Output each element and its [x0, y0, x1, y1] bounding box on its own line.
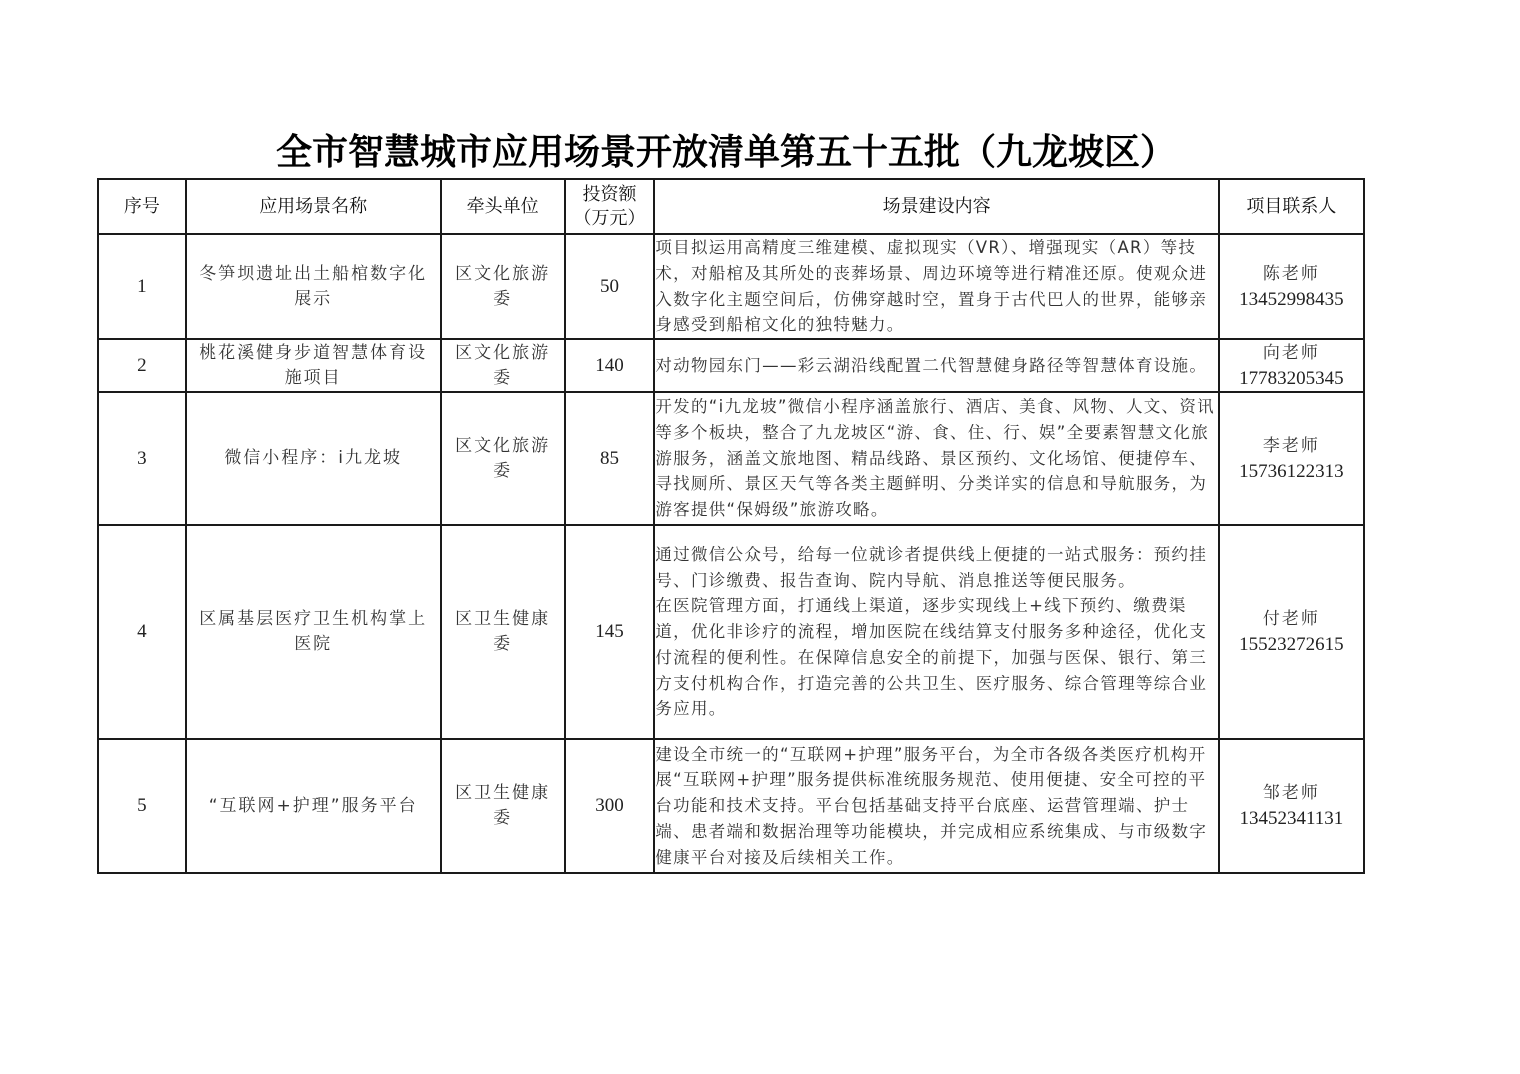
cell-name: 桃花溪健身步道智慧体育设施项目 [186, 339, 441, 392]
lead-unit: 区文化旅游委 [442, 434, 564, 484]
cell-no: 3 [98, 392, 186, 525]
cell-investment: 50 [565, 234, 655, 339]
header-name: 应用场景名称 [186, 179, 441, 234]
page-title: 全市智慧城市应用场景开放清单第五十五批（九龙坡区） [0, 128, 1452, 176]
cell-investment: 145 [565, 525, 655, 739]
table-row: 2 桃花溪健身步道智慧体育设施项目 区文化旅游委 140 对动物园东门——彩云湖… [98, 339, 1364, 392]
cell-contact: 邹老师 13452341131 [1219, 739, 1364, 873]
row-number: 5 [137, 795, 147, 816]
scenario-description: 项目拟运用高精度三维建模、虚拟现实（VR）、增强现实（AR）等技术，对船棺及其所… [655, 235, 1217, 338]
lead-unit: 区文化旅游委 [442, 262, 564, 312]
table-row: 4 区属基层医疗卫生机构掌上医院 区卫生健康委 145 通过微信公众号，给每一位… [98, 525, 1364, 739]
cell-contact: 李老师 15736122313 [1219, 392, 1364, 525]
row-number: 3 [137, 448, 147, 469]
header-unit: 牵头单位 [441, 179, 565, 234]
scenario-name: 微信小程序：i九龙坡 [218, 446, 408, 471]
contact-name: 李老师 [1220, 434, 1363, 459]
cell-name: 微信小程序：i九龙坡 [186, 392, 441, 525]
scenario-name: 桃花溪健身步道智慧体育设施项目 [187, 341, 440, 391]
table-row: 5 “互联网+护理”服务平台 区卫生健康委 300 建设全市统一的“互联网+护理… [98, 739, 1364, 873]
investment-amount: 145 [595, 621, 624, 642]
cell-unit: 区文化旅游委 [441, 392, 565, 525]
cell-description: 建设全市统一的“互联网+护理”服务平台，为全市各级各类医疗机构开展“互联网+护理… [654, 739, 1218, 873]
cell-contact: 陈老师 13452998435 [1219, 234, 1364, 339]
header-investment: 投资额 （万元） [565, 179, 655, 234]
cell-no: 1 [98, 234, 186, 339]
cell-unit: 区文化旅游委 [441, 339, 565, 392]
scenario-description: 建设全市统一的“互联网+护理”服务平台，为全市各级各类医疗机构开展“互联网+护理… [655, 742, 1217, 871]
cell-name: 区属基层医疗卫生机构掌上医院 [186, 525, 441, 739]
lead-unit: 区文化旅游委 [442, 341, 564, 391]
cell-contact: 向老师 17783205345 [1219, 339, 1364, 392]
cell-description: 对动物园东门——彩云湖沿线配置二代智慧健身路径等智慧体育设施。 [654, 339, 1218, 392]
scenario-name: 区属基层医疗卫生机构掌上医院 [187, 607, 440, 657]
investment-amount: 140 [595, 355, 624, 376]
contact-phone: 15736122313 [1220, 459, 1363, 484]
row-number: 2 [137, 355, 147, 376]
header-description: 场景建设内容 [654, 179, 1218, 234]
scenario-list-table: 序号 应用场景名称 牵头单位 投资额 （万元） 场景建设内容 项目联系人 1 冬… [97, 178, 1365, 874]
investment-amount: 85 [600, 448, 619, 469]
contact-name: 邹老师 [1220, 781, 1363, 806]
scenario-name: “互联网+护理”服务平台 [203, 794, 424, 819]
contact-name: 陈老师 [1220, 262, 1363, 287]
investment-amount: 50 [600, 276, 619, 297]
cell-description: 通过微信公众号，给每一位就诊者提供线上便捷的一站式服务：预约挂号、门诊缴费、报告… [654, 525, 1218, 739]
scenario-description-paragraph-2: 在医院管理方面，打通线上渠道，逐步实现线上+线下预约、缴费渠道，优化非诊疗的流程… [655, 593, 1217, 722]
table-row: 1 冬笋坝遗址出土船棺数字化展示 区文化旅游委 50 项目拟运用高精度三维建模、… [98, 234, 1364, 339]
scenario-name: 冬笋坝遗址出土船棺数字化展示 [187, 262, 440, 312]
cell-contact: 付老师 15523272615 [1219, 525, 1364, 739]
contact-name: 向老师 [1220, 341, 1363, 366]
header-investment-line1: 投资额 [566, 183, 654, 207]
cell-investment: 140 [565, 339, 655, 392]
cell-unit: 区文化旅游委 [441, 234, 565, 339]
contact-phone: 13452998435 [1220, 287, 1363, 312]
cell-name: 冬笋坝遗址出土船棺数字化展示 [186, 234, 441, 339]
scenario-description: 对动物园东门——彩云湖沿线配置二代智慧健身路径等智慧体育设施。 [655, 353, 1217, 379]
scenario-description-paragraph-1: 通过微信公众号，给每一位就诊者提供线上便捷的一站式服务：预约挂号、门诊缴费、报告… [655, 542, 1217, 593]
cell-investment: 85 [565, 392, 655, 525]
row-number: 4 [137, 621, 147, 642]
row-number: 1 [137, 276, 147, 297]
contact-phone: 15523272615 [1220, 632, 1363, 657]
investment-amount: 300 [595, 795, 624, 816]
cell-unit: 区卫生健康委 [441, 739, 565, 873]
header-no: 序号 [98, 179, 186, 234]
cell-description: 开发的“i九龙坡”微信小程序涵盖旅行、酒店、美食、风物、人文、资讯等多个板块，整… [654, 392, 1218, 525]
contact-phone: 13452341131 [1220, 806, 1363, 831]
table-header-row: 序号 应用场景名称 牵头单位 投资额 （万元） 场景建设内容 项目联系人 [98, 179, 1364, 234]
contact-phone: 17783205345 [1220, 366, 1363, 391]
table-row: 3 微信小程序：i九龙坡 区文化旅游委 85 开发的“i九龙坡”微信小程序涵盖旅… [98, 392, 1364, 525]
header-investment-line2: （万元） [566, 207, 654, 231]
lead-unit: 区卫生健康委 [442, 781, 564, 831]
cell-investment: 300 [565, 739, 655, 873]
scenario-description: 开发的“i九龙坡”微信小程序涵盖旅行、酒店、美食、风物、人文、资讯等多个板块，整… [655, 394, 1217, 523]
cell-no: 2 [98, 339, 186, 392]
lead-unit: 区卫生健康委 [442, 607, 564, 657]
cell-description: 项目拟运用高精度三维建模、虚拟现实（VR）、增强现实（AR）等技术，对船棺及其所… [654, 234, 1218, 339]
cell-unit: 区卫生健康委 [441, 525, 565, 739]
header-contact: 项目联系人 [1219, 179, 1364, 234]
cell-no: 4 [98, 525, 186, 739]
cell-name: “互联网+护理”服务平台 [186, 739, 441, 873]
cell-no: 5 [98, 739, 186, 873]
contact-name: 付老师 [1220, 607, 1363, 632]
